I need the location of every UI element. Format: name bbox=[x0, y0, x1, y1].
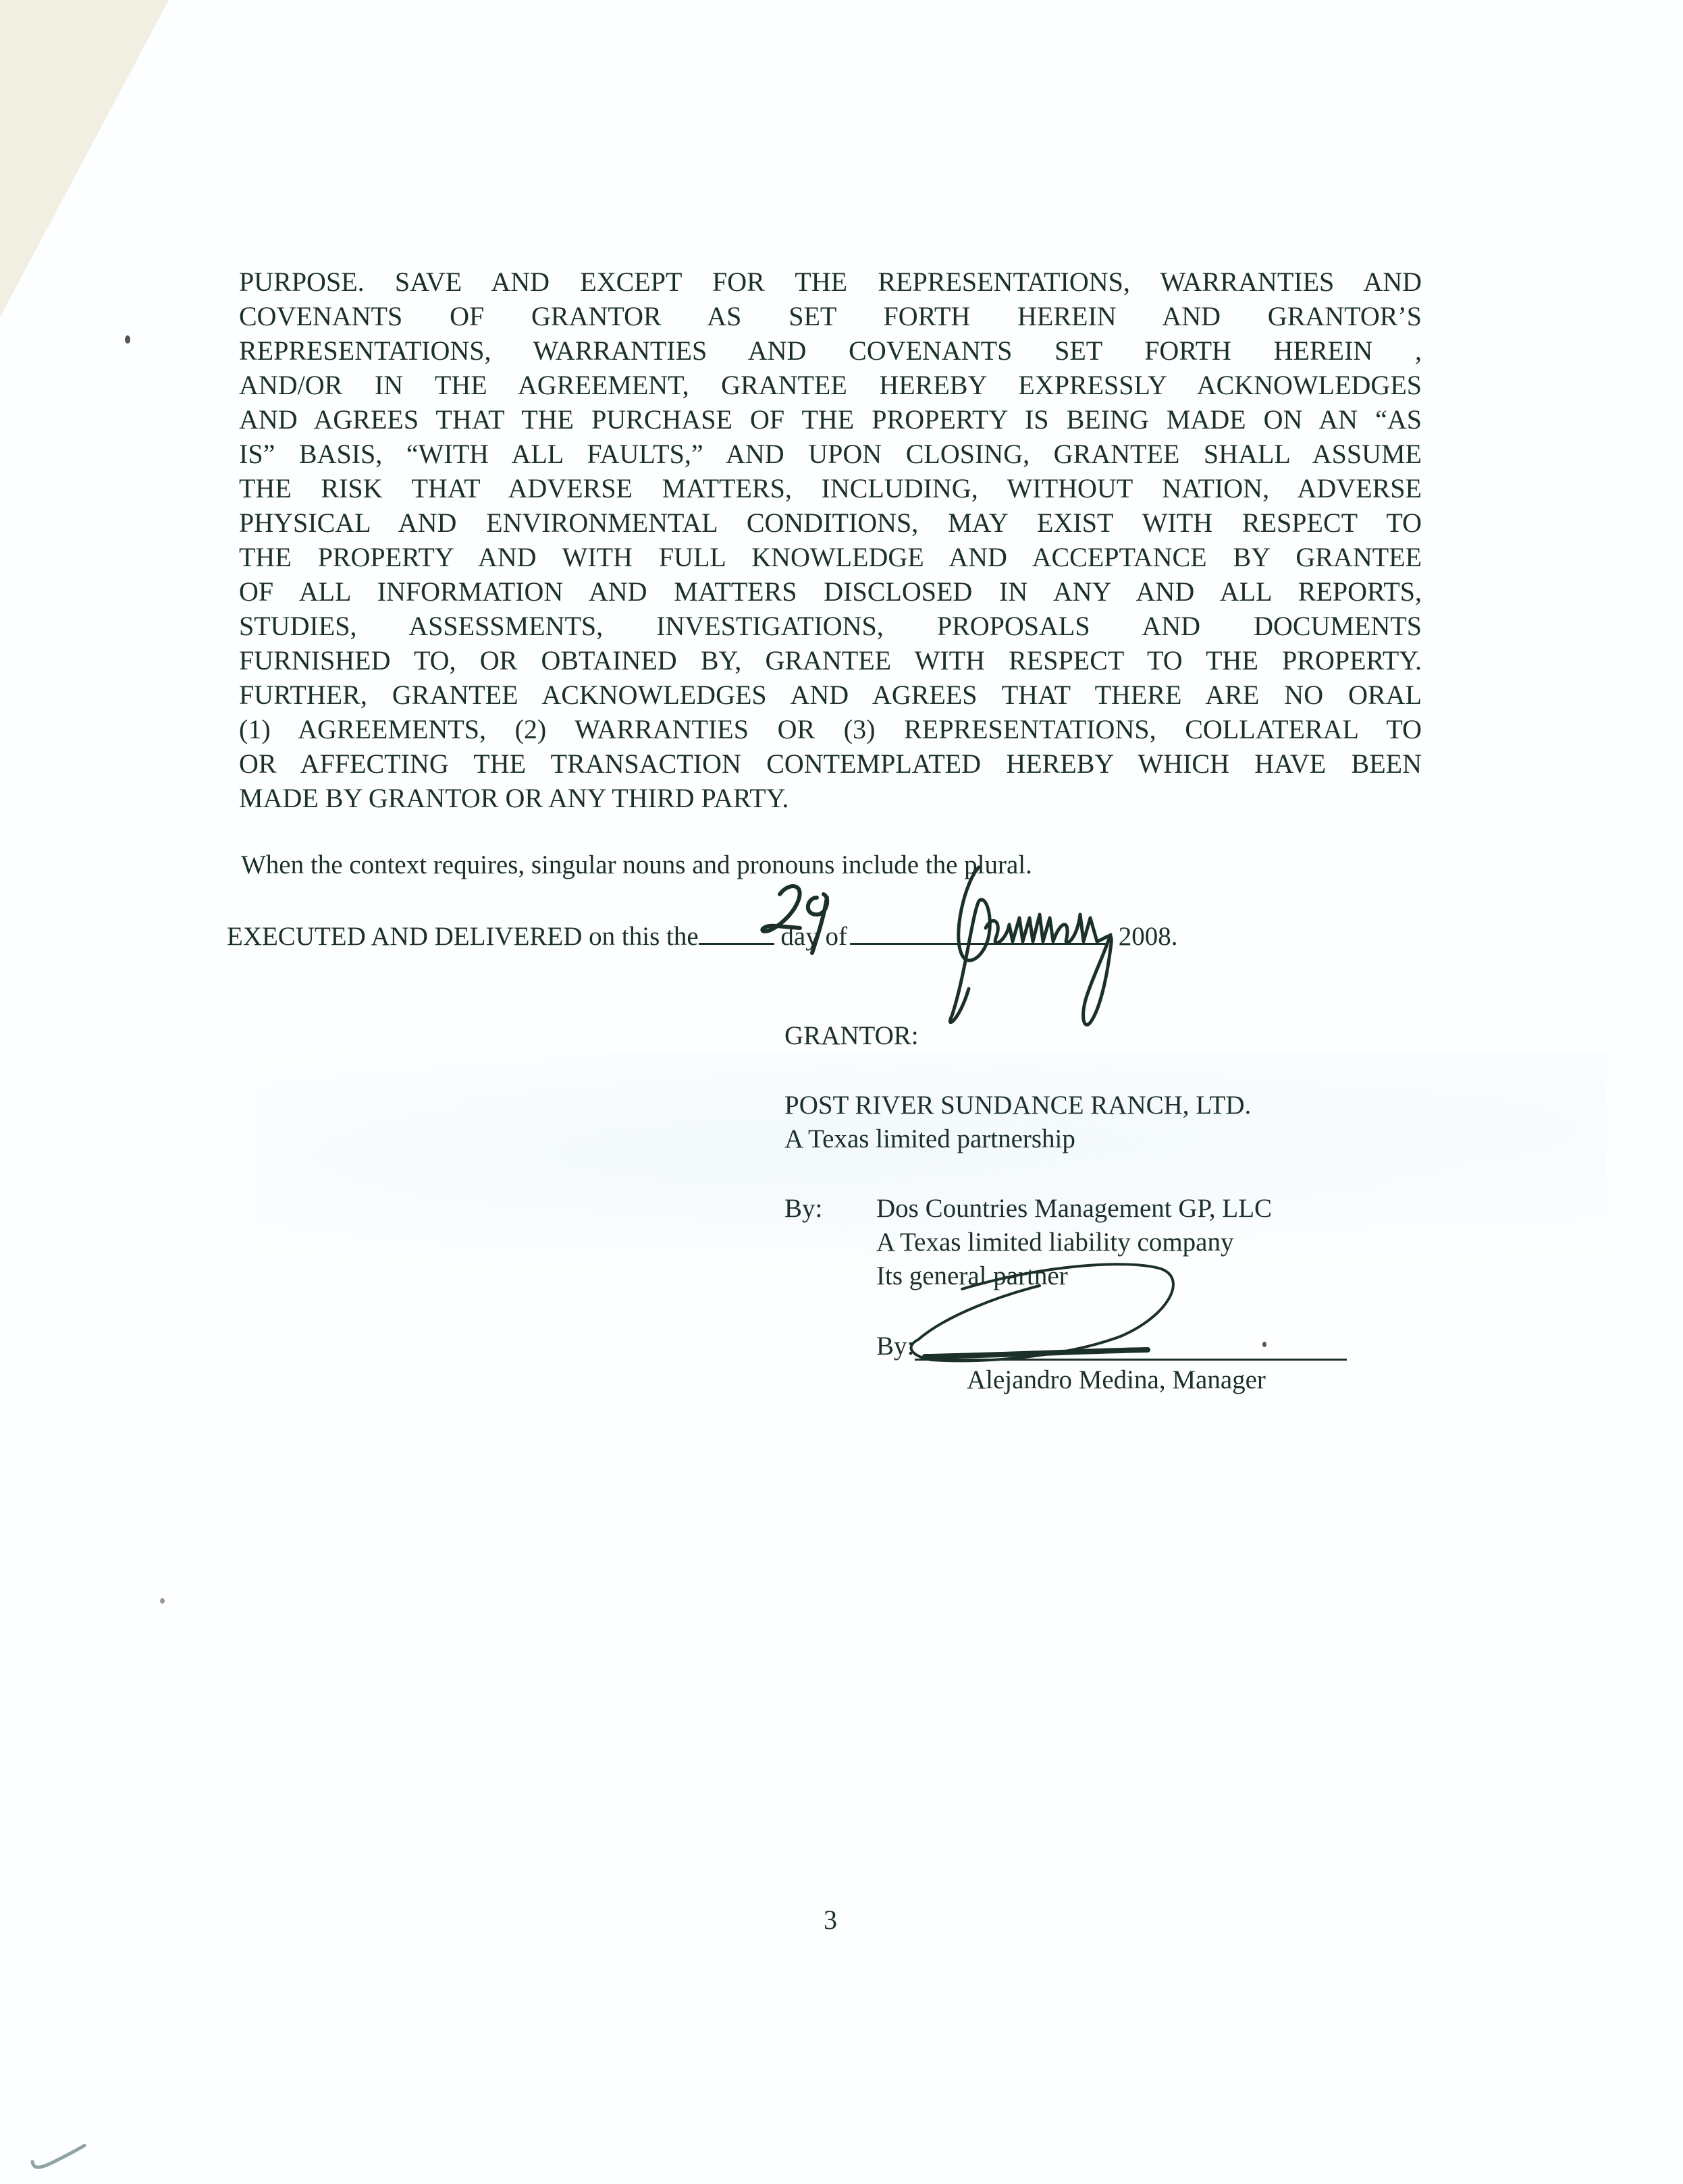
paragraph-line: PURPOSE. SAVE AND EXCEPT FOR THE REPRESE… bbox=[239, 265, 1422, 299]
paragraph-line: PHYSICAL AND ENVIRONMENTAL CONDITIONS, M… bbox=[239, 506, 1422, 540]
signer-name: Alejandro Medina, Manager bbox=[967, 1365, 1266, 1396]
grantor-entity-type: A Texas limited partnership bbox=[784, 1124, 1075, 1155]
paragraph-line: FURNISHED TO, OR OBTAINED BY, GRANTEE WI… bbox=[239, 643, 1422, 678]
execution-line: EXECUTED AND DELIVERED on this the day o… bbox=[227, 919, 1177, 952]
scan-speck-2 bbox=[160, 1598, 165, 1604]
general-partner-type: A Texas limited liability company bbox=[876, 1227, 1233, 1258]
pen-checkmark bbox=[27, 2136, 95, 2177]
paragraph-line: OR AFFECTING THE TRANSACTION CONTEMPLATE… bbox=[239, 746, 1422, 781]
disclaimer-paragraph: PURPOSE. SAVE AND EXCEPT FOR THE REPRESE… bbox=[239, 265, 1422, 815]
paragraph-line: (1) AGREEMENTS, (2) WARRANTIES OR (3) RE… bbox=[239, 712, 1422, 746]
day-blank bbox=[699, 919, 774, 945]
month-blank bbox=[850, 919, 1108, 945]
general-partner-role: Its general partner bbox=[876, 1261, 1068, 1292]
page-number: 3 bbox=[824, 1905, 837, 1936]
signature-line bbox=[915, 1359, 1347, 1361]
grantor-entity-name: POST RIVER SUNDANCE RANCH, LTD. bbox=[784, 1090, 1251, 1121]
paragraph-line: AND AGREES THAT THE PURCHASE OF THE PROP… bbox=[239, 402, 1422, 437]
scanner-background-corner bbox=[0, 0, 176, 324]
signature-by-label: By: bbox=[876, 1331, 914, 1362]
paragraph-line: THE RISK THAT ADVERSE MATTERS, INCLUDING… bbox=[239, 471, 1422, 506]
paragraph-line: OF ALL INFORMATION AND MATTERS DISCLOSED… bbox=[239, 574, 1422, 609]
execution-prefix: EXECUTED AND DELIVERED on this the bbox=[227, 922, 699, 951]
grantor-label: GRANTOR: bbox=[784, 1020, 919, 1052]
paragraph-line: COVENANTS OF GRANTOR AS SET FORTH HEREIN… bbox=[239, 299, 1422, 333]
paragraph-line: THE PROPERTY AND WITH FULL KNOWLEDGE AND… bbox=[239, 540, 1422, 574]
plural-clause: When the context requires, singular noun… bbox=[241, 850, 1032, 881]
execution-year: 2008. bbox=[1119, 922, 1178, 951]
paragraph-line: IS” BASIS, “WITH ALL FAULTS,” AND UPON C… bbox=[239, 437, 1422, 471]
paragraph-line: STUDIES, ASSESSMENTS, INVESTIGATIONS, PR… bbox=[239, 609, 1422, 643]
general-partner-name: Dos Countries Management GP, LLC bbox=[876, 1193, 1272, 1224]
scan-speck bbox=[125, 335, 130, 344]
ink-dot bbox=[1262, 1342, 1266, 1347]
execution-middle: day of bbox=[780, 922, 847, 951]
paragraph-line: FURTHER, GRANTEE ACKNOWLEDGES AND AGREES… bbox=[239, 678, 1422, 712]
paragraph-line: AND/OR IN THE AGREEMENT, GRANTEE HEREBY … bbox=[239, 368, 1422, 402]
paragraph-line: REPRESENTATIONS, WARRANTIES AND COVENANT… bbox=[239, 333, 1422, 368]
paragraph-line: MADE BY GRANTOR OR ANY THIRD PARTY. bbox=[239, 781, 1422, 815]
by-label: By: bbox=[784, 1193, 822, 1224]
